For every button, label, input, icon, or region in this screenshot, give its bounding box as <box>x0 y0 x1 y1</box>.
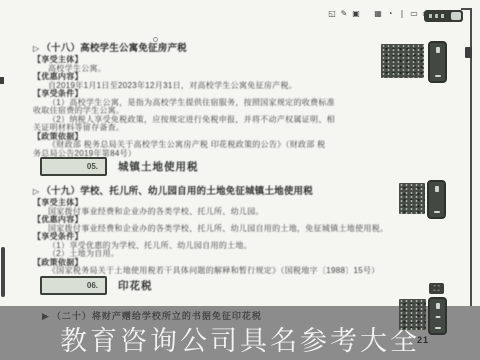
battery-indicator <box>424 10 463 22</box>
slider-mark-icon <box>435 75 441 77</box>
slider-knob-icon <box>435 186 439 192</box>
text-line: 关证明材料等留存备查。 <box>33 124 457 133</box>
slider-control[interactable] <box>428 41 447 83</box>
qr-thumbnail[interactable] <box>381 44 424 78</box>
page-number: 21 <box>417 335 429 345</box>
text-line: 自2019年1月1日至2023年12月31日，对高校学生公寓免征房产税。 <box>33 82 457 91</box>
badge-number-box: 05. <box>40 157 107 176</box>
divider-icon[interactable]: ❘ <box>398 10 406 18</box>
slider-control[interactable] <box>427 180 446 219</box>
text-line: 国家拨付事业经费和企业办的各类学校、托儿所、幼儿园自用的土地，免征城镇土地使用税… <box>33 225 457 234</box>
back-icon[interactable]: ◱ <box>328 10 336 18</box>
battery-level <box>451 12 461 20</box>
scan-artifact <box>153 37 158 42</box>
category-badge-row: 06. 印花税 <box>40 276 153 295</box>
toolbar-gap <box>364 14 370 15</box>
text-line: （2）土地为自用。 <box>33 250 457 259</box>
category-title: 城镇土地使用税 <box>118 159 199 174</box>
battery-tick <box>435 14 438 18</box>
section-19-text: ▷（十九）学校、托儿所、幼儿园自用的土地免征城镇土地使用税【享受主体】国家拨付事… <box>33 186 457 276</box>
qr-thumbnail[interactable] <box>399 183 425 214</box>
fullscreen-icon[interactable]: ⛶ <box>429 283 444 294</box>
slider-knob-icon <box>436 47 440 53</box>
slider-mark-icon <box>434 211 440 213</box>
signal-icon[interactable]: ▦ <box>374 10 382 18</box>
slider-control[interactable] <box>428 297 447 335</box>
page-icon[interactable]: ▭ <box>410 10 418 18</box>
scan-artifact <box>1 247 5 297</box>
section-heading: ▷（十九）学校、托儿所、幼儿园自用的土地免征城镇土地使用税 <box>33 186 457 197</box>
slider-knob-icon <box>436 303 440 309</box>
badge-number-box: 06. <box>40 276 107 295</box>
category-title: 印花税 <box>118 278 153 293</box>
bookmark-icon[interactable]: ▣ <box>352 10 360 18</box>
edit-icon[interactable]: ✎ <box>340 10 348 18</box>
slider-mark-icon <box>435 327 441 329</box>
qr-thumbnail[interactable] <box>399 299 426 330</box>
scanned-book-page: ◱✎▣▦◔❘▭▭▭ ▷（十八）高校学生公寓免征房产税【享受主体】高校学生公寓。【… <box>0 0 480 360</box>
scan-artifact <box>0 77 4 84</box>
battery-tick <box>441 14 444 18</box>
scrollbar-handle[interactable] <box>465 47 472 58</box>
slider-mark-icon <box>435 316 440 318</box>
alert-icon[interactable]: ◔ <box>386 10 394 18</box>
category-badge-row: 05. 城镇土地使用税 <box>40 157 199 176</box>
triangle-bullet-icon: ▷ <box>33 186 39 197</box>
battery-tick <box>429 14 432 18</box>
text-line: 国家拨付事业经费和企业办的各类学校、托儿所、幼儿园。 <box>33 208 457 217</box>
triangle-bullet-icon: ▷ <box>33 43 39 54</box>
text-line: 《国家税务局关于土地使用税若干具体问题的解释和暂行规定》（国税地字〔1988〕1… <box>33 267 457 276</box>
